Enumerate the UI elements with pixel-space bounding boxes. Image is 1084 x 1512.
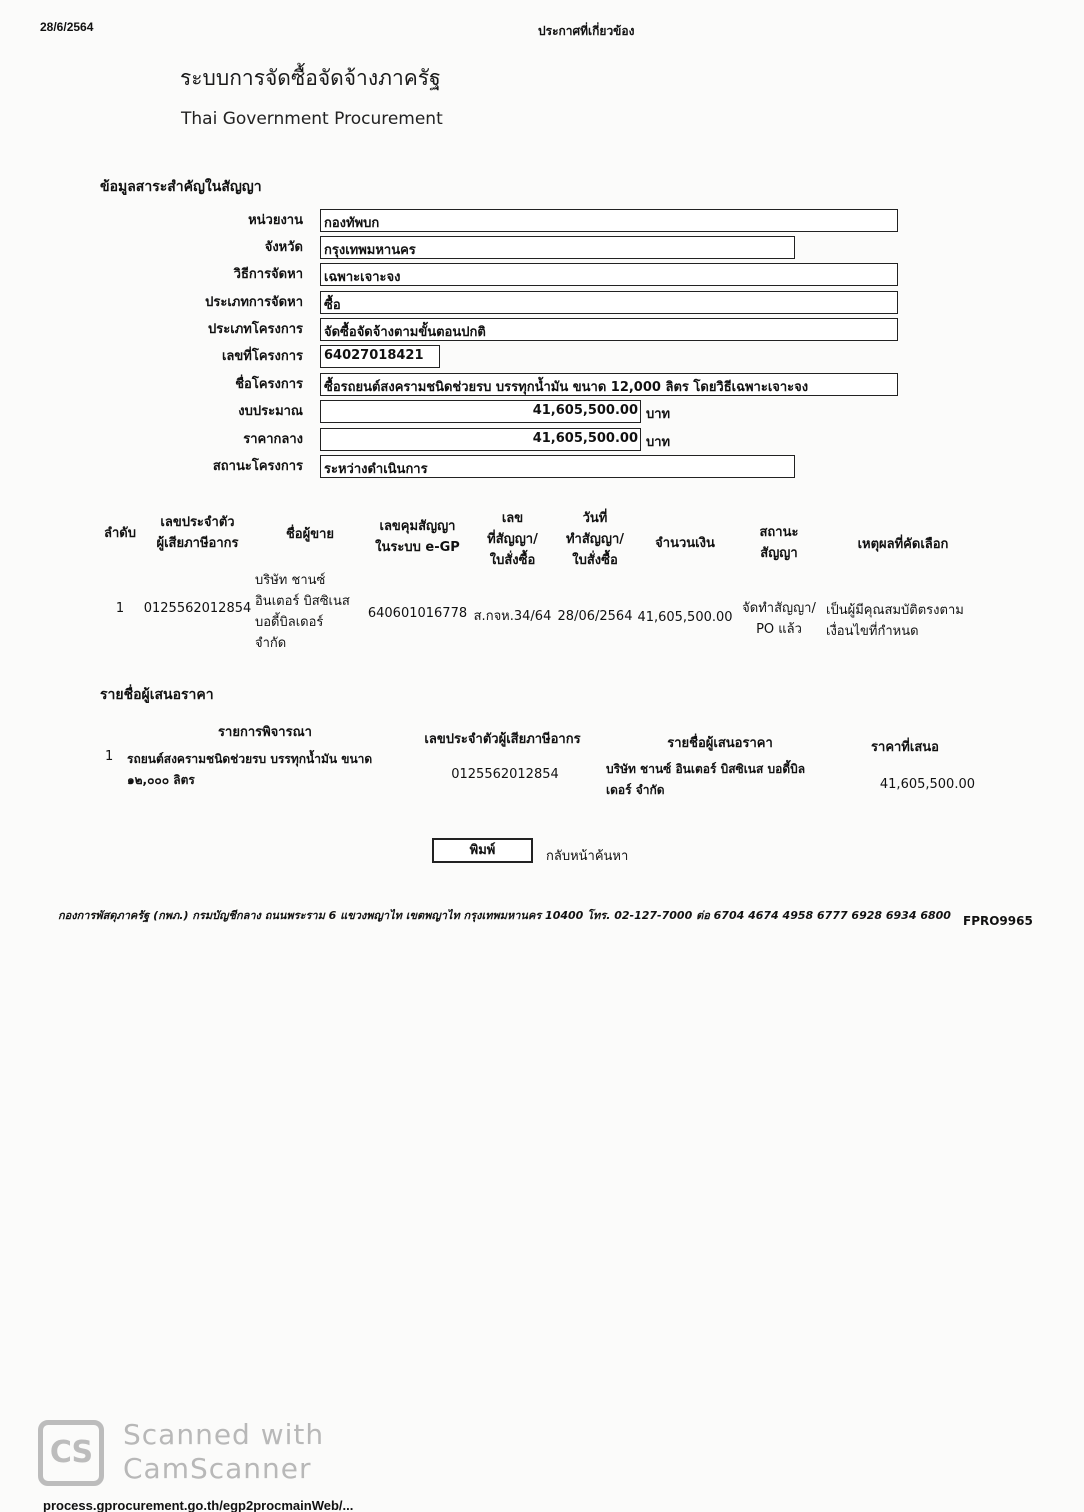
camscanner-logo-icon: CS <box>38 1420 104 1486</box>
field-value: เฉพาะเจาะจง <box>320 263 898 286</box>
watermark-line2: CamScanner <box>123 1452 324 1486</box>
cell-egp-no: 640601016778 <box>365 603 470 624</box>
field-value: ระหว่างดำเนินการ <box>320 455 795 478</box>
field-label: ชื่อโครงการ <box>98 373 303 394</box>
page-title: ประกาศที่เกี่ยวข้อง <box>538 22 634 41</box>
field-value: ซื้อ <box>320 291 898 314</box>
footer-address: กองการพัสดุภาครัฐ (กพภ.) กรมบัญชีกลาง ถน… <box>58 906 951 924</box>
print-button[interactable]: พิมพ์ <box>432 838 533 863</box>
watermark-line1: Scanned with <box>123 1418 324 1452</box>
field-value: 64027018421 <box>320 345 440 368</box>
column-header-reason: เหตุผลที่คัดเลือก <box>823 534 983 555</box>
field-value: กองทัพบก <box>320 209 898 232</box>
bidder-cell-item: รถยนต์สงครามชนิดช่วยรบ บรรทุกน้ำมัน ขนาด… <box>127 749 427 791</box>
contract-info-title: ข้อมูลสาระสำคัญในสัญญา <box>100 176 262 198</box>
page-url: process.gprocurement.go.th/egp2procmainW… <box>43 1498 353 1512</box>
field-value: 41,605,500.00 <box>320 400 641 423</box>
field-label: ประเภทการจัดหา <box>98 291 303 312</box>
field-label: ประเภทโครงการ <box>98 318 303 339</box>
currency-unit: บาท <box>646 403 670 424</box>
field-label: ราคากลาง <box>98 428 303 449</box>
bidders-title: รายชื่อผู้เสนอราคา <box>100 684 214 706</box>
bidders-header-bidder: รายชื่อผู้เสนอราคา <box>640 733 800 754</box>
cell-seller: บริษัท ชานซ์ อินเตอร์ บิสซิเนส บอดี้บิลเ… <box>255 570 365 654</box>
field-value: 41,605,500.00 <box>320 428 641 451</box>
bidder-cell-price: 41,605,500.00 <box>860 774 975 795</box>
back-to-search-link[interactable]: กลับหน้าค้นหา <box>546 845 628 866</box>
column-header-seller: ชื่อผู้ขาย <box>255 524 365 545</box>
column-header-tax-id: เลขประจำตัว ผู้เสียภาษีอากร <box>140 512 255 554</box>
field-label: หน่วยงาน <box>98 209 303 230</box>
currency-unit: บาท <box>646 431 670 452</box>
column-header-status: สถานะ สัญญา <box>735 522 823 564</box>
cell-no: 1 <box>100 598 140 619</box>
column-header-egp-no: เลขคุมสัญญา ในระบบ e-GP <box>365 516 470 558</box>
cell-contract-no: ส.กจห.34/64 <box>470 606 555 627</box>
bidders-header-tax-id: เลขประจำตัวผู้เสียภาษีอากร <box>410 729 595 750</box>
cell-reason: เป็นผู้มีคุณสมบัติตรงตาม เงื่อนไขที่กำหน… <box>826 600 986 642</box>
cell-contract-date: 28/06/2564 <box>555 606 635 627</box>
bidder-cell-no: 1 <box>105 746 120 767</box>
field-label: งบประมาณ <box>98 400 303 421</box>
column-header-contract-no: เลข ที่สัญญา/ ใบสั่งซื้อ <box>470 508 555 571</box>
system-title-en: Thai Government Procurement <box>181 109 443 129</box>
bidder-cell-tax-id: 0125562012854 <box>430 764 580 785</box>
column-header-amount: จำนวนเงิน <box>635 533 735 554</box>
cell-tax-id: 0125562012854 <box>140 598 255 619</box>
cell-amount: 41,605,500.00 <box>635 607 735 628</box>
footer-code: FPRO9965 <box>963 914 1033 928</box>
field-label: วิธีการจัดหา <box>98 263 303 284</box>
bidder-cell-bidder: บริษัท ชานซ์ อินเตอร์ บิสซิเนส บอดี้บิล … <box>606 759 856 801</box>
cell-status: จัดทำสัญญา/ PO แล้ว <box>735 598 823 640</box>
field-label: สถานะโครงการ <box>98 455 303 476</box>
bidders-header-item: รายการพิจารณา <box>180 722 350 743</box>
field-label: เลขที่โครงการ <box>98 345 303 366</box>
bidders-header-price: ราคาที่เสนอ <box>850 737 960 758</box>
system-title-th: ระบบการจัดซื้อจัดจ้างภาครัฐ <box>180 62 441 95</box>
field-value: ซื้อรถยนต์สงครามชนิดช่วยรบ บรรทุกน้ำมัน … <box>320 373 898 396</box>
column-header-no: ลำดับ <box>100 523 140 544</box>
field-label: จังหวัด <box>98 236 303 257</box>
field-value: จัดซื้อจัดจ้างตามขั้นตอนปกติ <box>320 318 898 341</box>
print-date: 28/6/2564 <box>40 20 93 34</box>
column-header-contract-date: วันที่ ทำสัญญา/ ใบสั่งซื้อ <box>555 508 635 571</box>
camscanner-watermark: Scanned with CamScanner <box>123 1418 324 1486</box>
field-value: กรุงเทพมหานคร <box>320 236 795 259</box>
